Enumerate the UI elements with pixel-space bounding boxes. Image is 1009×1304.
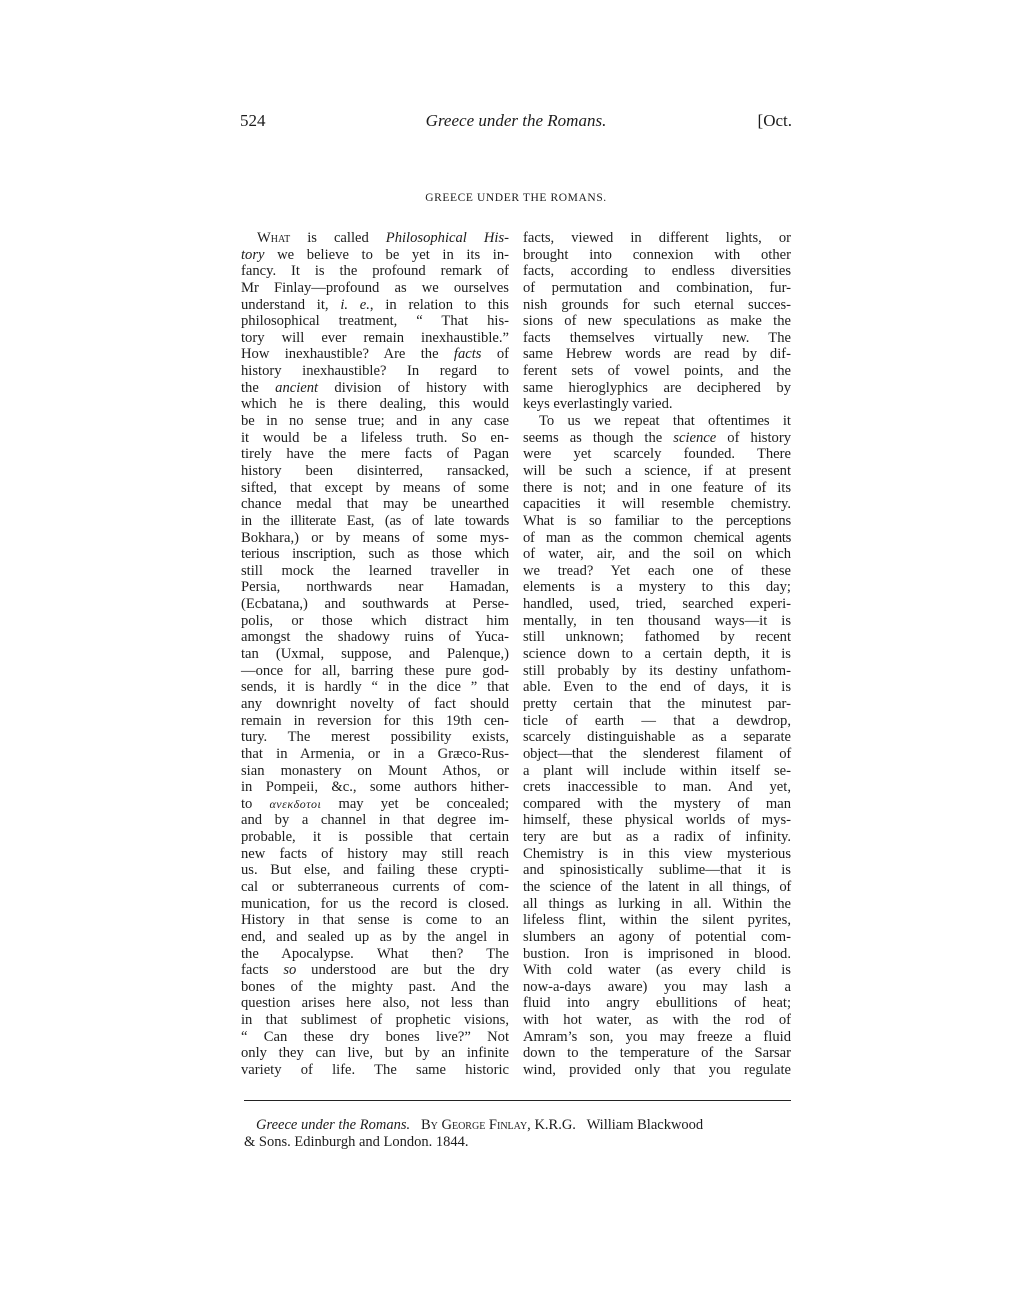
text-line: What is called Philosophical His- (241, 230, 509, 247)
text-line: (Ecbatana,) and southwards at Perse- (241, 596, 509, 613)
text-line: facts so understood are but the dry (241, 962, 509, 979)
text-line: us. But else, and failing these crypti- (241, 862, 509, 879)
text-line: Persia, northwards near Hamadan, (241, 579, 509, 596)
right-column: facts, viewed in different lights, or br… (523, 230, 791, 1079)
text-line: tory will ever remain inexhaustible.” (241, 330, 509, 347)
text-line: bustion. Iron is imprisoned in blood. (523, 946, 791, 963)
text-line: same hieroglyphics are deciphered by (523, 380, 791, 397)
text-line: compared with the mystery of man (523, 796, 791, 813)
text-line: end, and sealed up as by the angel in (241, 929, 509, 946)
text-line: torytory we believe to be yet in its in-… (241, 247, 509, 264)
footnote-author: George Finlay, (442, 1117, 531, 1133)
document-page: 524 Greece under the Romans. [Oct. GREEC… (0, 0, 1009, 1304)
text-line: scarcely distinguishable as a separate (523, 729, 791, 746)
text-line: to ανεκδοτοι may yet be concealed; (241, 796, 509, 813)
text-line: that in Armenia, or in a Græco-Rus- (241, 746, 509, 763)
text-line: remain in reversion for this 19th cen- (241, 713, 509, 730)
text-line: science down to a certain depth, it is (523, 646, 791, 663)
text-line: history inexhaustible? In regard to (241, 363, 509, 380)
text-line: the Apocalypse. What then? The (241, 946, 509, 963)
text-line: To us we repeat that oftentimes it (523, 413, 791, 430)
text-line: slumbers an agony of potential com- (523, 929, 791, 946)
text-line: How inexhaustible? Are the facts of (241, 346, 509, 363)
text-line: sian monastery on Mount Athos, or (241, 763, 509, 780)
text-line: in the illiterate East, (as of late towa… (241, 513, 509, 530)
text-line: of man as the common chemical agents (523, 530, 791, 547)
text-line: keys everlastingly varied. (523, 396, 791, 413)
running-head: 524 Greece under the Romans. [Oct. (240, 111, 792, 133)
footnote-line: & Sons. Edinburgh and London. 1844. (244, 1134, 794, 1151)
text-line: sions of new speculations as make the (523, 313, 791, 330)
text-line: munication, for us the record is closed. (241, 896, 509, 913)
text-line: a plant will include within itself se- (523, 763, 791, 780)
text-line: able. Even to the end of days, it is (523, 679, 791, 696)
text-line: tury. The merest possibility exists, (241, 729, 509, 746)
text-line: pretty certain that the minutest par- (523, 696, 791, 713)
text-line: ferent sets of vowel points, and the (523, 363, 791, 380)
text-line: amongst the shadowy ruins of Yuca- (241, 629, 509, 646)
text-line: lifeless flint, within the silent pyrite… (523, 912, 791, 929)
footnote-publisher: William Blackwood (587, 1117, 704, 1133)
text-line: philosophical treatment, “ That his- (241, 313, 509, 330)
text-line: elements is a mystery to this day; (523, 579, 791, 596)
text-line: all things as lurking in all. Within the (523, 896, 791, 913)
text-line: seems as though the science of history (523, 430, 791, 447)
text-line: cal or subterraneous currents of com- (241, 879, 509, 896)
text-line: object—that the slenderest filament of (523, 746, 791, 763)
text-line: polis, or those which distract him (241, 613, 509, 630)
text-line: nish grounds for such eternal succes- (523, 297, 791, 314)
text-line: facts, viewed in different lights, or (523, 230, 791, 247)
text-line: the science of the latent in all things,… (523, 879, 791, 896)
text-line: mentally, in ten thousand ways—it is (523, 613, 791, 630)
text-line: History in that sense is come to an (241, 912, 509, 929)
text-line: still unknown; fathomed by recent (523, 629, 791, 646)
text-line: down to the temperature of the Sarsar (523, 1045, 791, 1062)
text-line: terious inscription, such as those which (241, 546, 509, 563)
greek-word: ανεκδοτοι (270, 797, 322, 811)
text-line: himself, these physical worlds of mys- (523, 812, 791, 829)
text-line: still mock the learned traveller in (241, 563, 509, 580)
text-line: the ancient division of history with (241, 380, 509, 397)
text-line: it would be a lifeless truth. So en- (241, 430, 509, 447)
text-line: still probably by its destiny unfathom- (523, 663, 791, 680)
text-line: question arises here also, not less than (241, 995, 509, 1012)
text-line: bones of the mighty past. And the (241, 979, 509, 996)
text-line: Chemistry is in this view mysterious (523, 846, 791, 863)
text-line: with hot water, as with the rod of (523, 1012, 791, 1029)
text-line: of permutation and combination, fur- (523, 280, 791, 297)
text-line: sends, it is hardly “ in the dice ” that (241, 679, 509, 696)
text-line: —once for all, barring these pure god- (241, 663, 509, 680)
text-line: ticle of earth — that a dewdrop, (523, 713, 791, 730)
text-line: tirely have the mere facts of Pagan (241, 446, 509, 463)
text-line: now-a-days aware) you may lash a (523, 979, 791, 996)
text-line: “ Can these dry bones live?” Not (241, 1029, 509, 1046)
text-line: facts, according to endless diversities (523, 263, 791, 280)
text-line: of water, air, and the soil on which (523, 546, 791, 563)
text-line: Amram’s son, you may freeze a fluid (523, 1029, 791, 1046)
text-line: fancy. It is the profound remark of (241, 263, 509, 280)
footnote: Greece under the Romans. By George Finla… (244, 1117, 794, 1151)
text-line: Bokhara,) or by means of some mys- (241, 530, 509, 547)
footnote-rule (244, 1100, 791, 1101)
text-line: probable, it is possible that certain (241, 829, 509, 846)
text-line: brought into connexion with other (523, 247, 791, 264)
text-line: With cold water (as every child is (523, 962, 791, 979)
text-line: Mr Finlay—profound as we ourselves (241, 280, 509, 297)
text-line: and spinosistically sublime—that it is (523, 862, 791, 879)
text-line: be in no sense true; and in any case (241, 413, 509, 430)
text-line: and by a channel in that degree im- (241, 812, 509, 829)
text-line: handled, used, tried, searched experi- (523, 596, 791, 613)
running-title: Greece under the Romans. (240, 111, 792, 131)
text-line: only they can live, but by an infinite (241, 1045, 509, 1062)
text-line: same Hebrew words are read by dif- (523, 346, 791, 363)
text-line: we tread? Yet each one of these (523, 563, 791, 580)
footnote-book-title: Greece under the Romans. (256, 1117, 410, 1133)
text-line: chance medal that may be unearthed (241, 496, 509, 513)
text-line: in that sublimest of prophetic visions, (241, 1012, 509, 1029)
drop-word: What (257, 230, 290, 246)
text-line: crets inaccessible to man. And yet, (523, 779, 791, 796)
text-line: What is so familiar to the perceptions (523, 513, 791, 530)
text-line: capacities it will resemble chemistry. (523, 496, 791, 513)
text-line: facts themselves virtually new. The (523, 330, 791, 347)
text-line: understand it, i. e., in relation to thi… (241, 297, 509, 314)
text-line: fluid into angry ebullitions of heat; (523, 995, 791, 1012)
text-line: any downright novelty of fact should (241, 696, 509, 713)
text-line: will be such a science, if at present (523, 463, 791, 480)
text-line: there is not; and in one feature of its (523, 480, 791, 497)
text-line: were yet scarcely founded. There (523, 446, 791, 463)
text-line: tery are but as a radix of infinity. (523, 829, 791, 846)
article-title: GREECE UNDER THE ROMANS. (240, 192, 792, 204)
text-line: in Pompeii, &c., some authors hither- (241, 779, 509, 796)
text-line: sifted, that except by means of some (241, 480, 509, 497)
text-line: tan (Uxmal, suppose, and Palenque,) (241, 646, 509, 663)
text-line: history been disinterred, ransacked, (241, 463, 509, 480)
text-line: wind, provided only that you regulate (523, 1062, 791, 1079)
left-column: What is called Philosophical His- toryto… (241, 230, 509, 1079)
text-line: new facts of history may still reach (241, 846, 509, 863)
issue-month: [Oct. (758, 111, 792, 131)
footnote-line: Greece under the Romans. By George Finla… (244, 1117, 794, 1134)
text-line: which he is there dealing, this would (241, 396, 509, 413)
text-line: variety of life. The same historic (241, 1062, 509, 1079)
